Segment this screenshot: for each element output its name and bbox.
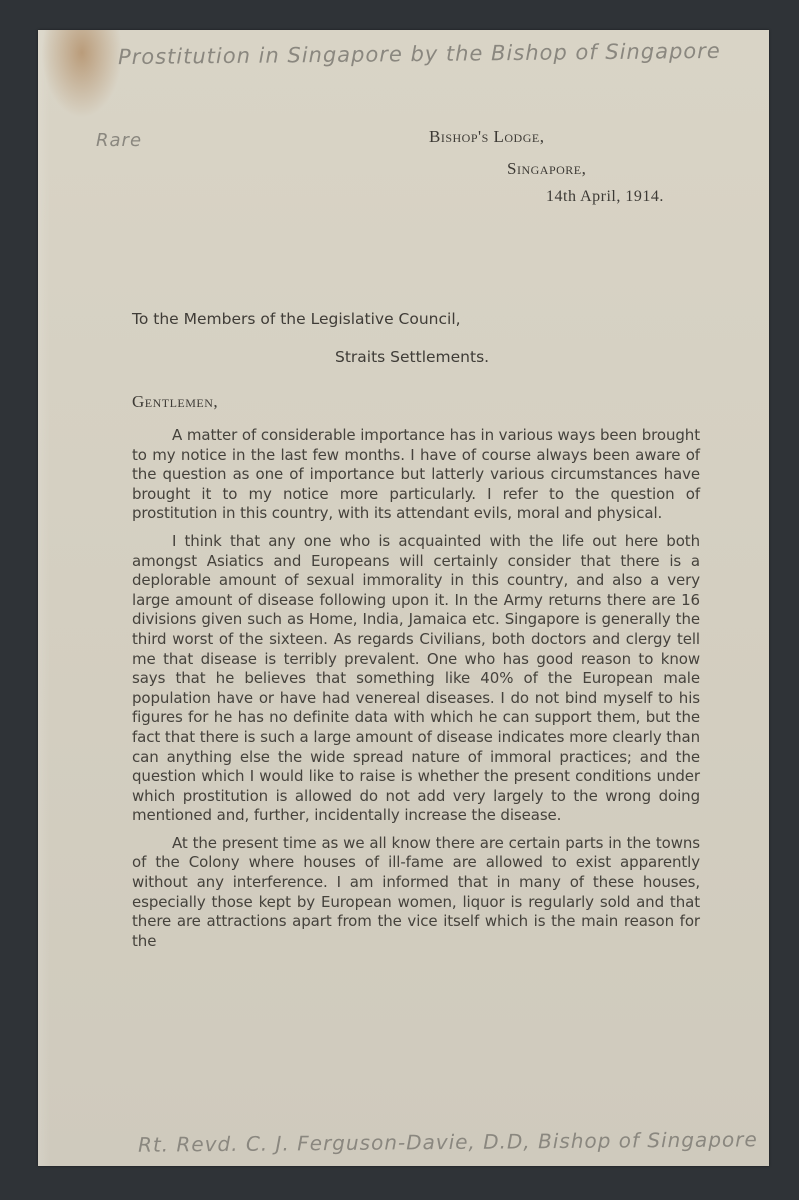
paragraph-2: I think that any one who is acquainted w… (132, 532, 700, 826)
letterhead-lodge: Bishop's Lodge, (429, 127, 544, 147)
salutation: Gentlemen, (132, 392, 218, 412)
paragraph-3: At the present time as we all know there… (132, 834, 700, 952)
letter-body: A matter of considerable importance has … (132, 426, 700, 959)
letter-date: 14th April, 1914. (546, 188, 664, 206)
handwritten-title-annotation: Prostitution in Singapore by the Bishop … (118, 39, 721, 69)
handwritten-rare-note: Rare (96, 130, 142, 151)
paragraph-1: A matter of considerable importance has … (132, 426, 700, 524)
letterhead-city: Singapore, (507, 159, 586, 179)
addressee-line-2: Straits Settlements. (335, 348, 489, 366)
handwritten-author-annotation: Rt. Revd. C. J. Ferguson-Davie, D.D, Bis… (138, 1127, 758, 1156)
addressee-line-1: To the Members of the Legislative Counci… (132, 310, 461, 328)
letter-page: Prostitution in Singapore by the Bishop … (38, 30, 769, 1166)
